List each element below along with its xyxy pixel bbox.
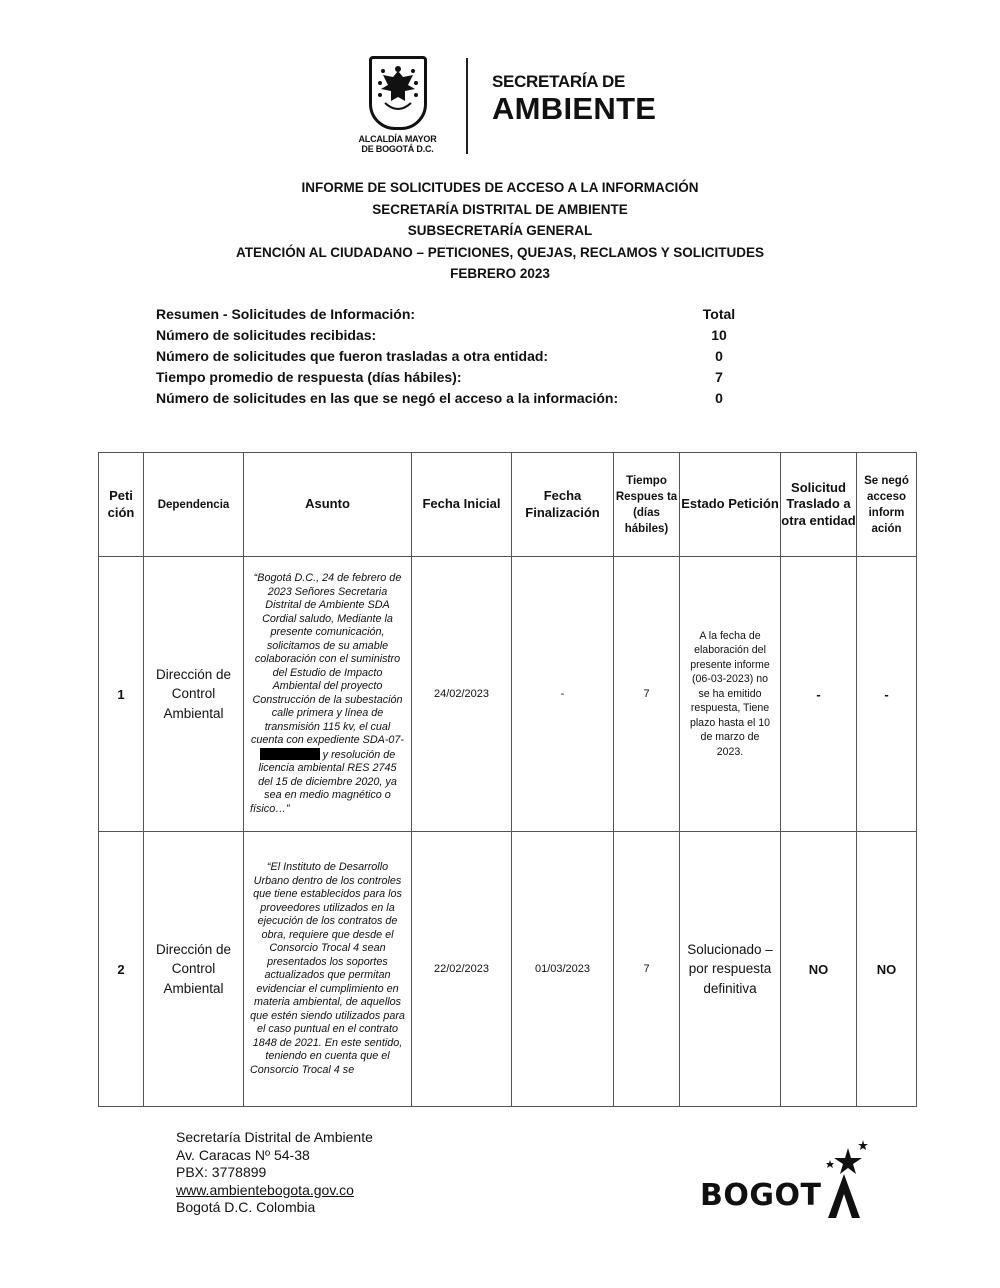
footer-phone: PBX: 3778899 <box>176 1164 373 1182</box>
summary-value: 10 <box>686 325 752 346</box>
cell-traslado: NO <box>781 832 857 1107</box>
summary-value: 0 <box>686 388 752 409</box>
summary-value: 7 <box>686 367 752 388</box>
title-line-5: FEBRERO 2023 <box>0 263 1000 285</box>
col-header-tiempo-respuesta: Tiempo Respues ta (días hábiles) <box>614 453 680 557</box>
cell-asunto: “Bogotá D.C., 24 de febrero de 2023 Seño… <box>244 557 412 832</box>
summary-label: Número de solicitudes recibidas: <box>156 325 376 346</box>
coat-of-arms-icon <box>369 56 427 130</box>
alcaldia-text-2: DE BOGOTÁ D.C. <box>350 144 445 154</box>
col-header-traslado: Solicitud Traslado a otra entidad <box>781 453 857 557</box>
title-line-2: SECRETARÍA DISTRITAL DE AMBIENTE <box>0 199 1000 221</box>
col-header-fecha-inicial: Fecha Inicial <box>412 453 512 557</box>
summary-label: Tiempo promedio de respuesta (días hábil… <box>156 367 461 388</box>
summary-row: Número de solicitudes que fueron traslad… <box>156 346 756 367</box>
summary-label: Número de solicitudes que fueron traslad… <box>156 346 548 367</box>
summary-row: Número de solicitudes recibidas: 10 <box>156 325 756 346</box>
cell-tiempo-respuesta: 7 <box>614 557 680 832</box>
cell-nego-acceso: NO <box>857 832 917 1107</box>
col-header-fecha-finalizacion: Fecha Finalización <box>512 453 614 557</box>
cell-peticion: 2 <box>99 832 144 1107</box>
secretaria-logo: SECRETARÍA DE AMBIENTE <box>492 72 656 126</box>
col-header-estado: Estado Petición <box>680 453 781 557</box>
table-header-row: Peti ción Dependencia Asunto Fecha Inici… <box>99 453 917 557</box>
cell-fecha-inicial: 24/02/2023 <box>412 557 512 832</box>
summary-row: Tiempo promedio de respuesta (días hábil… <box>156 367 756 388</box>
star-icon <box>700 1138 870 1223</box>
document-titles: INFORME DE SOLICITUDES DE ACCESO A LA IN… <box>0 177 1000 285</box>
col-header-asunto: Asunto <box>244 453 412 557</box>
letterhead: ALCALDÍA MAYOR DE BOGOTÁ D.C. SECRETARÍA… <box>0 52 1000 162</box>
cell-estado: A la fecha de elaboración del presente i… <box>680 557 781 832</box>
asunto-text: “Bogotá D.C., 24 de febrero de 2023 Seño… <box>251 572 404 746</box>
table-row: 2 Dirección de Control Ambiental “El Ins… <box>99 832 917 1107</box>
cell-peticion: 1 <box>99 557 144 832</box>
summary-heading-label: Resumen - Solicitudes de Información: <box>156 304 415 325</box>
summary-label: Número de solicitudes en las que se negó… <box>156 388 618 409</box>
summary-section: Resumen - Solicitudes de Información: To… <box>156 304 756 409</box>
cell-fecha-finalizacion: 01/03/2023 <box>512 832 614 1107</box>
table-row: 1 Dirección de Control Ambiental “Bogotá… <box>99 557 917 832</box>
cell-estado: Solucionado – por respuesta definitiva <box>680 832 781 1107</box>
summary-value: 0 <box>686 346 752 367</box>
cell-dependencia: Dirección de Control Ambiental <box>144 557 244 832</box>
cell-asunto: “El Instituto de Desarrollo Urbano dentr… <box>244 832 412 1107</box>
footer-address: Secretaría Distrital de Ambiente Av. Car… <box>176 1129 373 1217</box>
redaction-block <box>260 748 320 760</box>
footer-website-link[interactable]: www.ambientebogota.gov.co <box>176 1182 373 1200</box>
col-header-nego-acceso: Se negó acceso inform ación <box>857 453 917 557</box>
requests-table: Peti ción Dependencia Asunto Fecha Inici… <box>98 452 917 1107</box>
cell-fecha-inicial: 22/02/2023 <box>412 832 512 1107</box>
cell-tiempo-respuesta: 7 <box>614 832 680 1107</box>
title-line-1: INFORME DE SOLICITUDES DE ACCESO A LA IN… <box>0 177 1000 199</box>
alcaldia-text-1: ALCALDÍA MAYOR <box>350 134 445 144</box>
secretaria-de-text: SECRETARÍA DE <box>492 72 656 92</box>
cell-traslado: - <box>781 557 857 832</box>
alcaldia-logo: ALCALDÍA MAYOR DE BOGOTÁ D.C. <box>350 52 445 154</box>
footer-city: Bogotá D.C. Colombia <box>176 1199 373 1217</box>
ambiente-text: AMBIENTE <box>492 92 656 126</box>
summary-row: Número de solicitudes en las que se negó… <box>156 388 756 409</box>
cell-nego-acceso: - <box>857 557 917 832</box>
cell-fecha-finalizacion: - <box>512 557 614 832</box>
summary-heading: Resumen - Solicitudes de Información: To… <box>156 304 756 325</box>
summary-heading-total: Total <box>686 304 752 325</box>
col-header-peticion: Peti ción <box>99 453 144 557</box>
col-header-dependencia: Dependencia <box>144 453 244 557</box>
logo-divider <box>466 58 468 154</box>
footer-address-line: Av. Caracas Nº 54-38 <box>176 1147 373 1165</box>
cell-dependencia: Dirección de Control Ambiental <box>144 832 244 1107</box>
title-line-3: SUBSECRETARÍA GENERAL <box>0 220 1000 242</box>
footer-org: Secretaría Distrital de Ambiente <box>176 1129 373 1147</box>
title-line-4: ATENCIÓN AL CIUDADANO – PETICIONES, QUEJ… <box>0 242 1000 264</box>
bogota-logo: BOGOT <box>700 1138 870 1223</box>
